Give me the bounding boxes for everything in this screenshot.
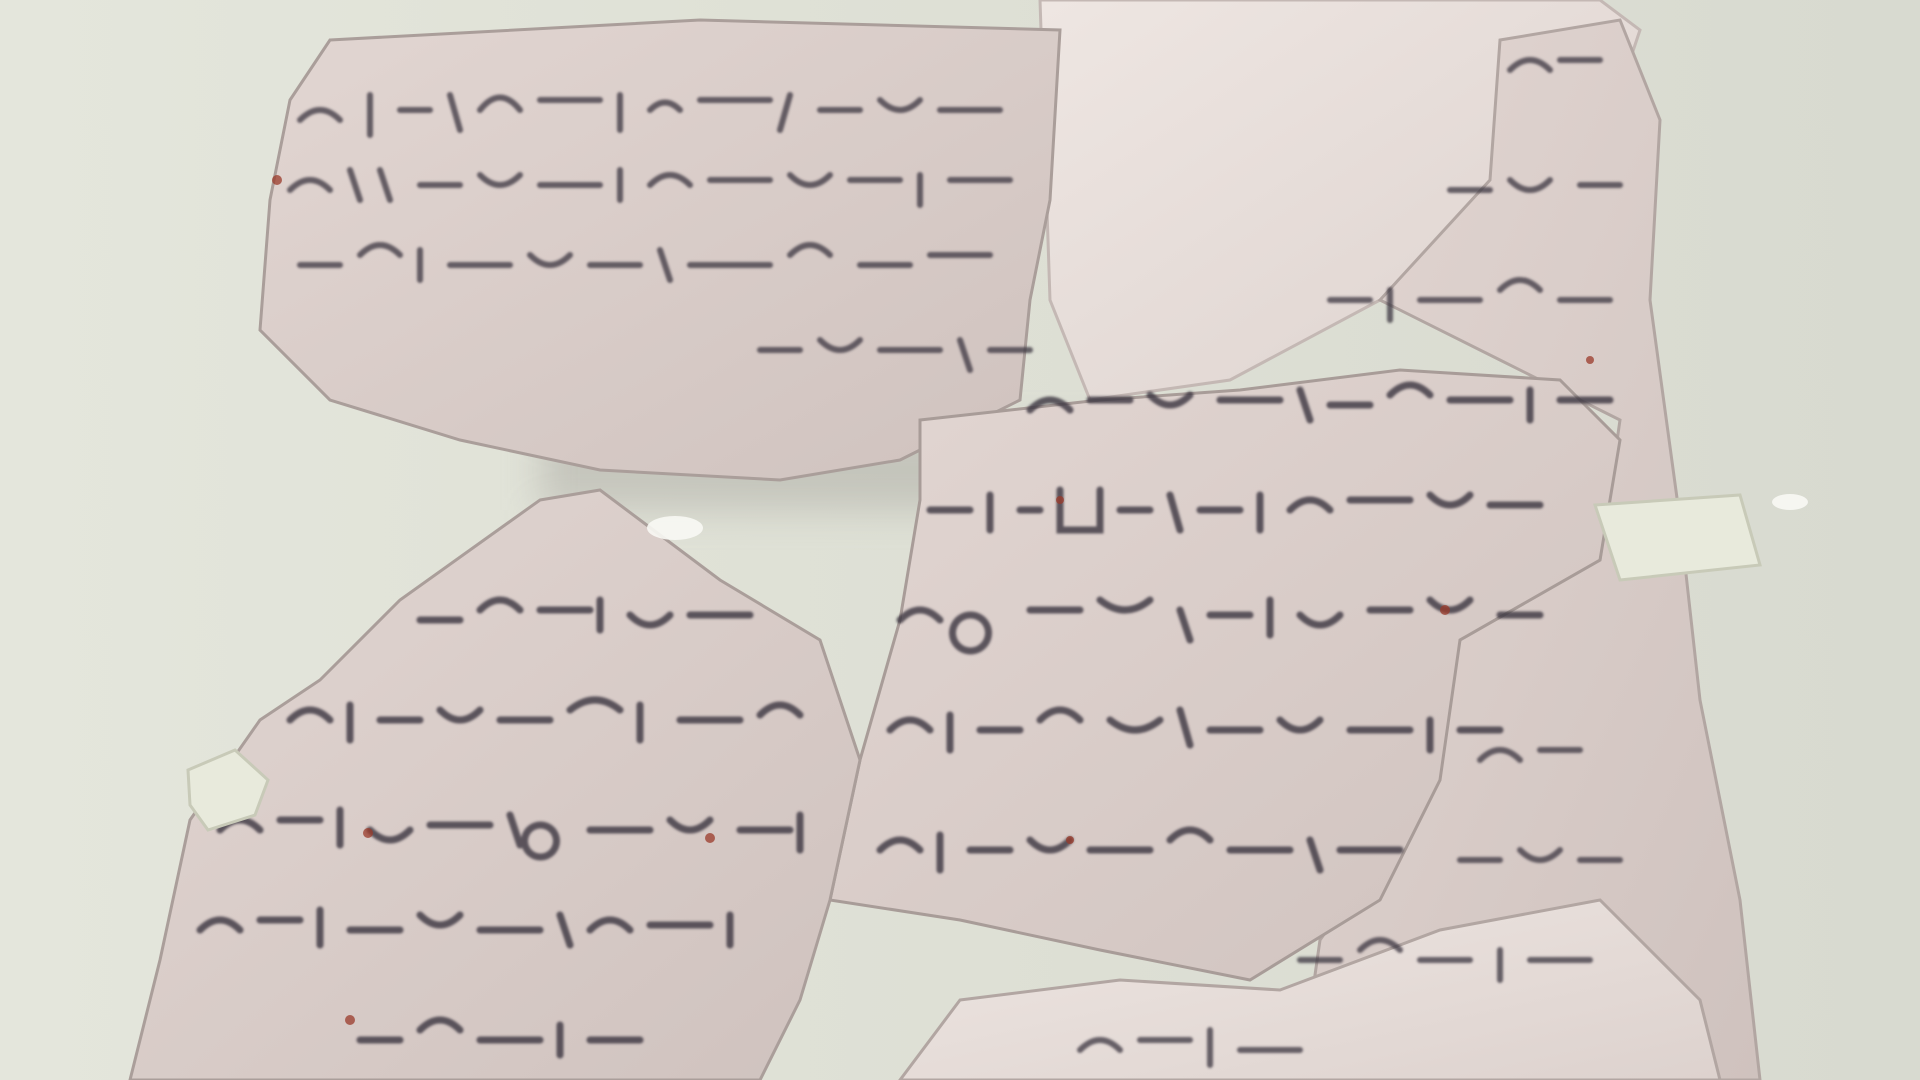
glass-reflection-right — [1772, 494, 1808, 510]
mount-clip-right — [1595, 495, 1760, 580]
photo-scene: Ancient Egyptian ostracon Several joined… — [0, 0, 1920, 1080]
ostracon-illustration — [0, 0, 1920, 1080]
glass-reflection-center — [647, 516, 703, 540]
